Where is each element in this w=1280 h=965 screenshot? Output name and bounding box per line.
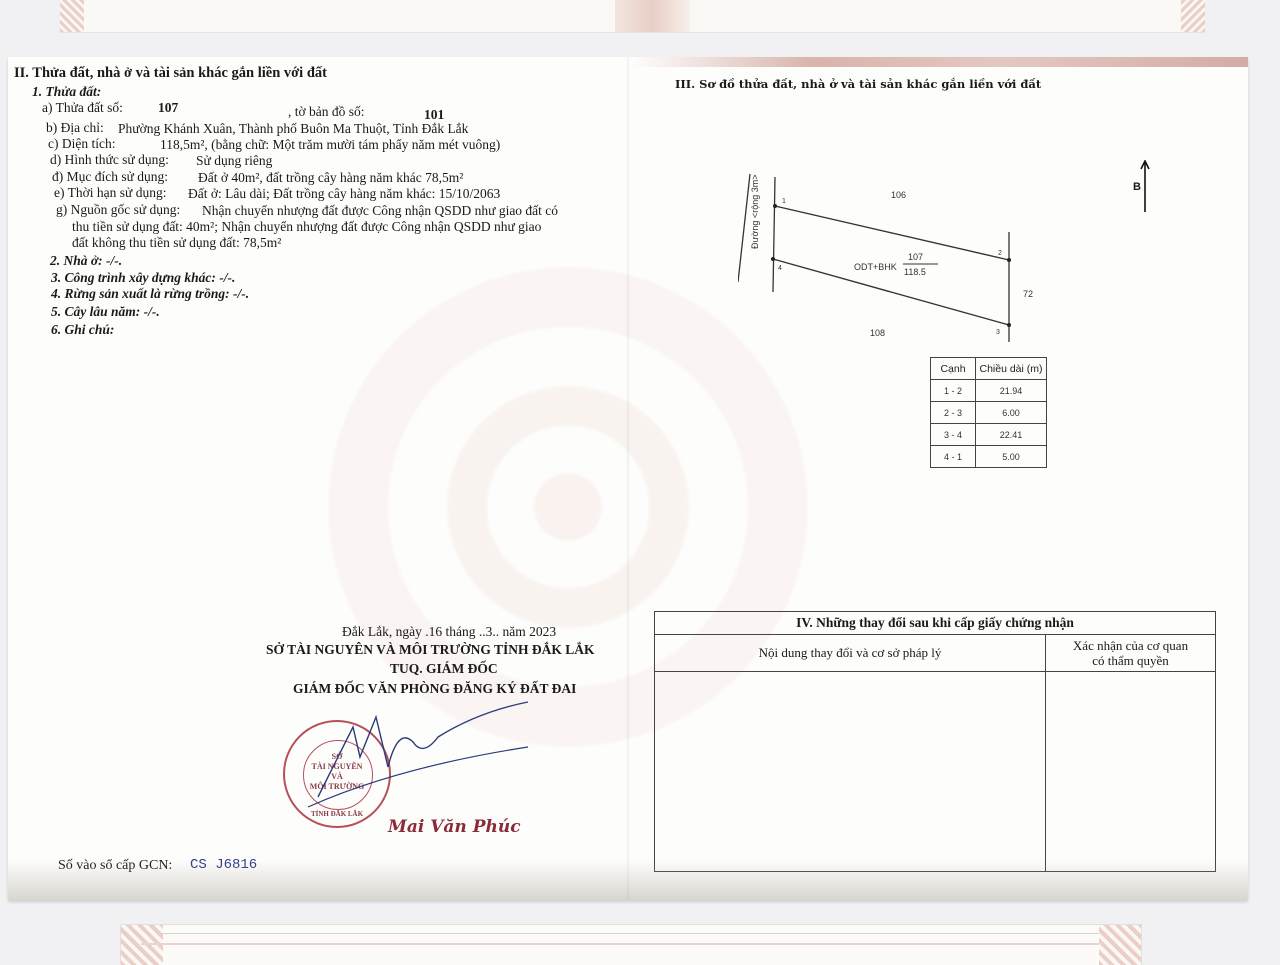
parcel-number-sketch: 107: [908, 252, 923, 262]
parcel-code: ODT+BHK: [854, 262, 897, 272]
land-parcel-heading: 1. Thửa đất:: [32, 84, 101, 99]
decorative-top-band: [628, 57, 1248, 67]
signer-position: GIÁM ĐỐC VĂN PHÒNG ĐĂNG KÝ ĐẤT ĐAI: [293, 681, 576, 696]
page-fold-divider: [615, 0, 690, 32]
edge-length-table: Cạnh Chiều dài (m) 1 - 2 21.94 2 - 3 6.0…: [930, 357, 1047, 468]
table-row: 2 - 3 6.00: [931, 402, 1047, 424]
address-label: b) Địa chỉ:: [46, 120, 104, 135]
other-construction-item: 3. Công trình xây dựng khác: -/-.: [51, 270, 235, 285]
next-page-strip: [120, 924, 1142, 965]
usage-form-label: d) Hình thức sử dụng:: [50, 152, 169, 167]
production-forest-item: 4. Rừng sản xuất là rừng trồng: -/-.: [51, 286, 249, 301]
certificate-page: II. Thửa đất, nhà ở và tài sản khác gắn …: [8, 57, 1248, 900]
edge-cell: 3 - 4: [931, 424, 976, 446]
perennial-trees-item: 5. Cây lâu năm: -/-.: [51, 304, 160, 319]
ornament-border: [1099, 925, 1141, 965]
address-value: Phường Khánh Xuân, Thành phố Buôn Ma Thu…: [118, 121, 468, 136]
neighbor-top: 106: [891, 190, 906, 200]
edge-cell: 2 - 3: [931, 402, 976, 424]
ornament-border: [60, 0, 84, 32]
parcel-number-label: a) Thửa đất số:: [42, 100, 123, 115]
length-cell: 5.00: [976, 446, 1047, 468]
place-date: Đắk Lắk, ngày .16 tháng ..3.. năm 2023: [342, 624, 556, 639]
term-label: e) Thời hạn sử dụng:: [54, 185, 166, 200]
table-row: 3 - 4 22.41: [931, 424, 1047, 446]
header-line: Xác nhận của cơ quan: [1046, 638, 1215, 653]
signer-name: Mai Văn Phúc: [388, 817, 521, 837]
ornament-border: [121, 925, 163, 965]
previous-page-strip: [60, 0, 1205, 33]
change-content-header: Nội dung thay đổi và cơ sở pháp lý: [655, 635, 1046, 671]
edge-cell: 1 - 2: [931, 380, 976, 402]
map-sheet-number: 101: [424, 107, 444, 122]
map-sheet-label: , tờ bản đồ số:: [288, 104, 365, 119]
table-row: 4 - 1 5.00: [931, 446, 1047, 468]
vertex-2: 2: [998, 250, 1002, 257]
area-label: c) Diện tích:: [48, 136, 115, 151]
usage-form-value: Sử dụng riêng: [196, 153, 272, 168]
length-cell: 22.41: [976, 424, 1047, 446]
vertex-1: 1: [782, 198, 786, 205]
neighbor-bottom: 108: [870, 328, 885, 338]
origin-line-3: đất không thu tiền sử dụng đất: 78,5m²: [72, 235, 281, 250]
length-cell: 21.94: [976, 380, 1047, 402]
center-fold: [626, 57, 630, 900]
vertex-4: 4: [778, 265, 782, 272]
neighbor-right: 72: [1023, 289, 1033, 299]
edge-header: Cạnh: [931, 358, 976, 380]
issuing-department: SỞ TÀI NGUYÊN VÀ MÔI TRƯỜNG TỈNH ĐẮK LẮK: [266, 642, 595, 657]
change-content-cell: [655, 672, 1046, 871]
vertex-3: 3: [996, 329, 1000, 336]
authority-confirmation-header: Xác nhận của cơ quan có thẩm quyền: [1046, 635, 1215, 671]
header-line: có thẩm quyền: [1046, 653, 1215, 668]
parcel-number: 107: [158, 100, 178, 115]
length-cell: 6.00: [976, 402, 1047, 424]
edge-cell: 4 - 1: [931, 446, 976, 468]
origin-label: g) Nguồn gốc sử dụng:: [56, 202, 180, 217]
handwritten-signature: [298, 697, 538, 817]
section-3-title: III. Sơ đồ thửa đất, nhà ở và tài sản kh…: [675, 77, 1041, 92]
origin-line-1: Nhận chuyển nhượng đất được Công nhận QS…: [202, 203, 558, 218]
length-header: Chiều dài (m): [976, 358, 1047, 380]
origin-line-2: thu tiền sử dụng đất: 40m²; Nhận chuyển …: [72, 219, 541, 234]
term-value: Đất ở: Lâu dài; Đất trồng cây hàng năm k…: [188, 186, 500, 201]
section-4-title: IV. Những thay đổi sau khi cấp giấy chứn…: [655, 612, 1215, 635]
changes-table: IV. Những thay đổi sau khi cấp giấy chứn…: [654, 611, 1216, 872]
purpose-value: Đất ở 40m², đất trồng cây hàng năm khác …: [198, 170, 463, 185]
north-label: B: [1133, 180, 1141, 195]
page-bottom-shadow: [8, 860, 1248, 900]
authority-confirmation-cell: [1046, 672, 1215, 871]
section-2-title: II. Thửa đất, nhà ở và tài sản khác gắn …: [14, 66, 327, 81]
purpose-label: đ) Mục đích sử dụng:: [52, 169, 168, 184]
notes-item: 6. Ghi chú:: [51, 322, 114, 337]
ornament-border: [1181, 0, 1205, 32]
area-value: 118,5m², (bằng chữ: Một trăm mười tám ph…: [160, 137, 500, 152]
parcel-area-sketch: 118.5: [904, 267, 926, 277]
table-row: 1 - 2 21.94: [931, 380, 1047, 402]
on-behalf: TUQ. GIÁM ĐỐC: [390, 661, 498, 676]
road-label: Đường <rộng 3m>: [750, 175, 760, 249]
house-item: 2. Nhà ở: -/-.: [50, 253, 122, 268]
